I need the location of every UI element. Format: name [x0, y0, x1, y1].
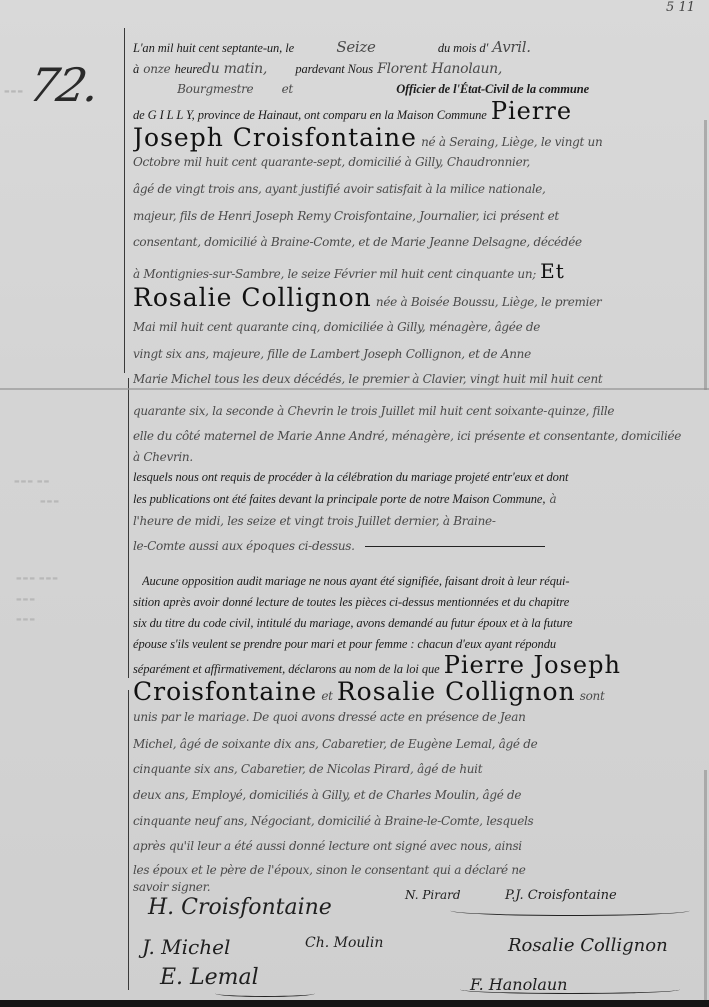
margin-bleed-note: ▬▬▬: [16, 596, 36, 603]
printed-text: sition après avoir donné lecture de tout…: [133, 595, 569, 609]
signature-ch-moulin: Ch. Moulin: [305, 935, 383, 951]
left-margin-rule: [128, 690, 129, 990]
handwritten-text: le-Comte aussi aux époques ci-dessus.: [133, 539, 355, 553]
margin-bleed-note: ▬▬▬: [4, 88, 24, 95]
text-line: séparément et affirmativement, déclarons…: [133, 651, 701, 679]
signature-flourish: [215, 990, 315, 997]
handwritten-text: consentant, domicilié à Braine-Comte, et…: [133, 235, 582, 249]
printed-text: de G I L L Y, province de Hainaut, ont c…: [133, 108, 487, 122]
text-line: L'an mil huit cent septante-un, le Seize…: [133, 38, 701, 58]
handwritten-text: Avril.: [492, 38, 530, 56]
text-line: elle du côté maternel de Marie Anne Andr…: [133, 427, 701, 446]
text-line: l'heure de midi, les seize et vingt troi…: [133, 512, 701, 531]
handwritten-text: majeur, fils de Henri Joseph Remy Croisf…: [133, 209, 559, 223]
groom-name-gothic: Pierre: [491, 98, 572, 124]
handwritten-text: l'heure de midi, les seize et vingt troi…: [133, 514, 496, 528]
margin-bleed-note: ▬▬▬: [40, 498, 60, 505]
folio-number: 5 11: [666, 0, 695, 15]
text-line: âgé de vingt trois ans, ayant justifié a…: [133, 180, 701, 199]
handwritten-text: Octobre mil huit cent quarante-sept, dom…: [133, 155, 530, 169]
groom-name-gothic: Joseph Croisfontaine: [133, 123, 417, 152]
margin-bleed-note: ▬▬▬ ▬▬: [14, 478, 50, 485]
handwritten-text: onze: [143, 62, 170, 76]
text-line: Bourgmestre et Officier de l'État-Civil …: [133, 80, 701, 99]
document-page: 5 11 72. ▬▬▬ ▬▬▬ ▬▬ ▬▬▬ ▬▬▬ ▬▬▬ ▬▬▬ ▬▬▬ …: [0, 0, 709, 1007]
text-line: Croisfontaine et Rosalie Collignon sont: [133, 676, 701, 708]
text-line: Mai mil huit cent quarante cinq, domicil…: [133, 318, 701, 337]
handwritten-text: les époux et le père de l'époux, sinon l…: [133, 863, 526, 877]
handwritten-text: vingt six ans, majeure, fille de Lambert…: [133, 347, 531, 361]
printed-text: L'an mil huit cent septante-un, le: [133, 41, 294, 55]
entry-number: 72.: [25, 58, 102, 112]
text-line: unis par le mariage. De quoi avons dress…: [133, 708, 701, 727]
handwritten-text: Florent Hanolaun,: [377, 61, 502, 77]
handwritten-text: quarante six, la seconde à Chevrin le tr…: [133, 404, 614, 418]
signature-rosalie-collignon: Rosalie Collignon: [508, 935, 668, 956]
text-line: Octobre mil huit cent quarante-sept, dom…: [133, 153, 701, 172]
handwritten-text: et: [321, 689, 332, 703]
handwritten-text: Marie Michel tous les deux décédés, le p…: [133, 372, 602, 386]
bride-name-gothic: Rosalie Collignon: [133, 283, 372, 312]
text-line: Joseph Croisfontaine né à Seraing, Liège…: [133, 122, 701, 154]
handwritten-text: Michel, âgé de soixante dix ans, Cabaret…: [133, 737, 537, 751]
text-line: Marie Michel tous les deux décédés, le p…: [133, 370, 701, 389]
fill-rule: [365, 546, 545, 547]
signature-e-lemal: E. Lemal: [160, 965, 259, 990]
signature-pj-croisfontaine: P.J. Croisfontaine: [505, 888, 617, 903]
text-line: de G I L L Y, province de Hainaut, ont c…: [133, 98, 701, 124]
signature-henri-croisfontaine: H. Croisfontaine: [148, 895, 332, 920]
gothic-text: Et: [540, 260, 565, 282]
handwritten-text: née à Boisée Boussu, Liège, le premier: [376, 295, 601, 309]
handwritten-text: unis par le mariage. De quoi avons dress…: [133, 710, 526, 724]
text-line: consentant, domicilié à Braine-Comte, et…: [133, 233, 701, 252]
handwritten-text: à: [550, 492, 557, 506]
handwritten-text: sont: [580, 689, 605, 703]
text-line: sition après avoir donné lecture de tout…: [133, 593, 701, 612]
text-line: cinquante neuf ans, Négociant, domicilié…: [133, 812, 701, 831]
handwritten-text: et: [282, 82, 293, 96]
printed-text: épouse s'ils veulent se prendre pour mar…: [133, 637, 556, 651]
text-line: les publications ont été faites devant l…: [133, 490, 701, 509]
handwritten-text: cinquante neuf ans, Négociant, domicilié…: [133, 814, 533, 828]
text-line: deux ans, Employé, domiciliés à Gilly, e…: [133, 786, 701, 805]
handwritten-text: Seize: [336, 38, 375, 56]
handwritten-text: après qu'il leur a été aussi donné lectu…: [133, 839, 522, 853]
groom-name-gothic: Pierre Joseph: [444, 651, 621, 679]
handwritten-text: du matin,: [202, 61, 267, 77]
text-line: à Montignies-sur-Sambre, le seize Févrie…: [133, 260, 701, 282]
printed-text: pardevant Nous: [295, 62, 373, 76]
printed-text: lesquels nous ont requis de procéder à l…: [133, 470, 568, 484]
signature-j-michel: J. Michel: [142, 935, 230, 959]
text-line: six du titre du code civil, intitulé du …: [133, 614, 701, 633]
text-line: Rosalie Collignon née à Boisée Boussu, L…: [133, 281, 701, 315]
printed-text: du mois d': [438, 41, 488, 55]
text-line: cinquante six ans, Cabaretier, de Nicola…: [133, 760, 701, 779]
handwritten-text: né à Seraing, Liège, le vingt un: [421, 135, 602, 149]
signature-flourish: [450, 905, 690, 916]
printed-text: heure: [175, 62, 203, 76]
text-line: à onze heuredu matin, pardevant Nous Flo…: [133, 60, 701, 79]
signature-n-pirard: N. Pirard: [405, 888, 461, 902]
scan-seam: [704, 770, 707, 1000]
text-line: après qu'il leur a été aussi donné lectu…: [133, 837, 701, 856]
groom-name-gothic: Croisfontaine: [133, 677, 317, 706]
printed-text: les publications ont été faites devant l…: [133, 492, 545, 506]
text-line: quarante six, la seconde à Chevrin le tr…: [133, 402, 701, 421]
printed-text: Aucune opposition audit mariage ne nous …: [142, 574, 570, 588]
handwritten-text: savoir signer.: [133, 880, 210, 894]
text-line: Michel, âgé de soixante dix ans, Cabaret…: [133, 735, 701, 754]
text-line: majeur, fils de Henri Joseph Remy Croisf…: [133, 207, 701, 226]
scan-seam: [704, 120, 707, 390]
text-line: Aucune opposition audit mariage ne nous …: [142, 572, 701, 591]
printed-text: six du titre du code civil, intitulé du …: [133, 616, 572, 630]
text-line: lesquels nous ont requis de procéder à l…: [133, 468, 701, 487]
bride-name-gothic: Rosalie Collignon: [337, 677, 576, 706]
handwritten-text: à Montignies-sur-Sambre, le seize Févrie…: [133, 267, 536, 281]
text-line: vingt six ans, majeure, fille de Lambert…: [133, 345, 701, 364]
handwritten-text: deux ans, Employé, domiciliés à Gilly, e…: [133, 788, 521, 802]
text-line: le-Comte aussi aux époques ci-dessus.: [133, 537, 701, 556]
printed-text: à: [133, 62, 139, 76]
handwritten-text: Mai mil huit cent quarante cinq, domicil…: [133, 320, 540, 334]
printed-text: séparément et affirmativement, déclarons…: [133, 662, 440, 676]
left-margin-rule: [128, 378, 129, 678]
handwritten-text: elle du côté maternel de Marie Anne Andr…: [133, 429, 681, 443]
handwritten-text: Bourgmestre: [177, 82, 253, 96]
handwritten-text: cinquante six ans, Cabaretier, de Nicola…: [133, 762, 482, 776]
margin-bleed-note: ▬▬▬ ▬▬▬: [16, 575, 59, 582]
signature-flourish: [460, 985, 680, 994]
margin-bleed-note: ▬▬▬: [16, 616, 36, 623]
left-margin-rule: [124, 28, 125, 373]
text-line: à Chevrin.: [133, 448, 701, 467]
scan-bottom-edge: [0, 1000, 709, 1007]
handwritten-text: âgé de vingt trois ans, ayant justifié a…: [133, 182, 546, 196]
printed-text: Officier de l'État-Civil de la commune: [396, 82, 589, 96]
handwritten-text: à Chevrin.: [133, 450, 193, 464]
